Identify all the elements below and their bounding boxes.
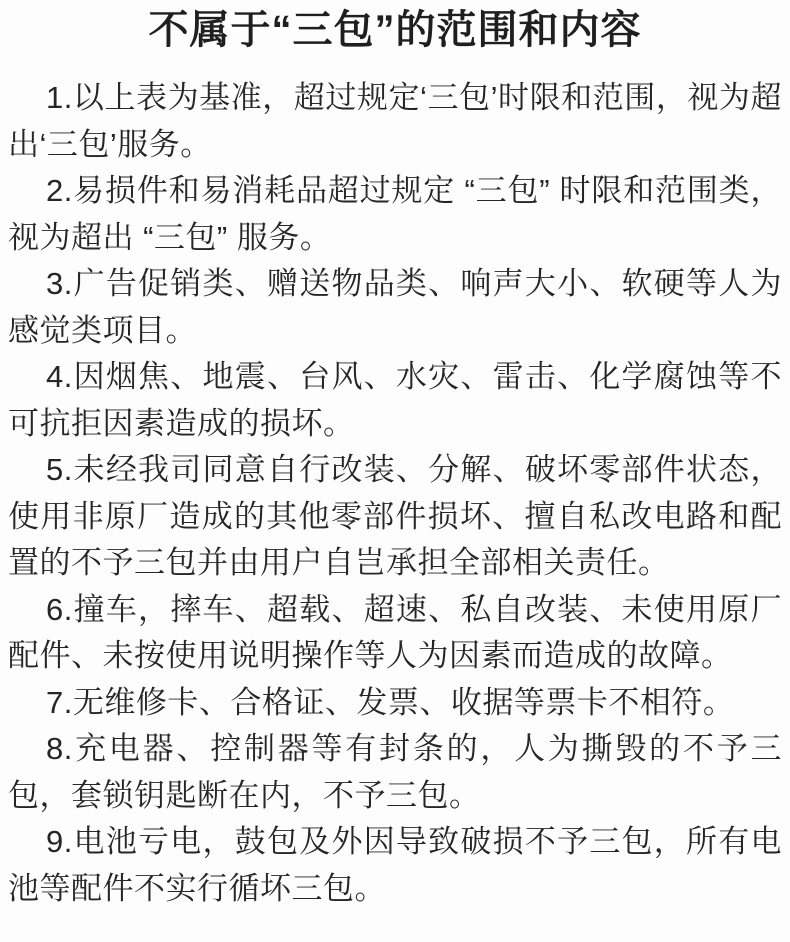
- clause-2: 2.易损件和易消耗品超过规定 “三包” 时限和范围类，视为超出 “三包” 服务。: [8, 168, 782, 261]
- document-body: 1.以上表为基准，超过规定‘三包’时限和范围，视为超出‘三包’服务。 2.易损件…: [8, 75, 782, 912]
- clause-1: 1.以上表为基准，超过规定‘三包’时限和范围，视为超出‘三包’服务。: [8, 75, 782, 168]
- clause-7: 7.无维修卡、合格证、发票、收据等票卡不相符。: [8, 680, 782, 727]
- clause-5: 5.未经我司同意自行改装、分解、破坏零部件状态，使用非原厂造成的其他零部件损坏、…: [8, 447, 782, 587]
- clause-3: 3.广告促销类、赠送物品类、响声大小、软硬等人为感觉类项目。: [8, 261, 782, 354]
- clause-6: 6.撞车，摔车、超载、超速、私自改装、未使用原厂配件、未按使用说明操作等人为因素…: [8, 587, 782, 680]
- clause-4: 4.因烟焦、地震、台风、水灾、雷击、化学腐蚀等不可抗拒因素造成的损坏。: [8, 354, 782, 447]
- page-title: 不属于“三包”的范围和内容: [8, 4, 782, 56]
- warranty-document-page: 不属于“三包”的范围和内容 1.以上表为基准，超过规定‘三包’时限和范围，视为超…: [0, 4, 790, 942]
- clause-8: 8.充电器、控制器等有封条的，人为撕毁的不予三包，套锁钥匙断在内，不予三包。: [8, 726, 782, 819]
- clause-9: 9.电池亏电，鼓包及外因导致破损不予三包，所有电池等配件不实行循坏三包。: [8, 819, 782, 912]
